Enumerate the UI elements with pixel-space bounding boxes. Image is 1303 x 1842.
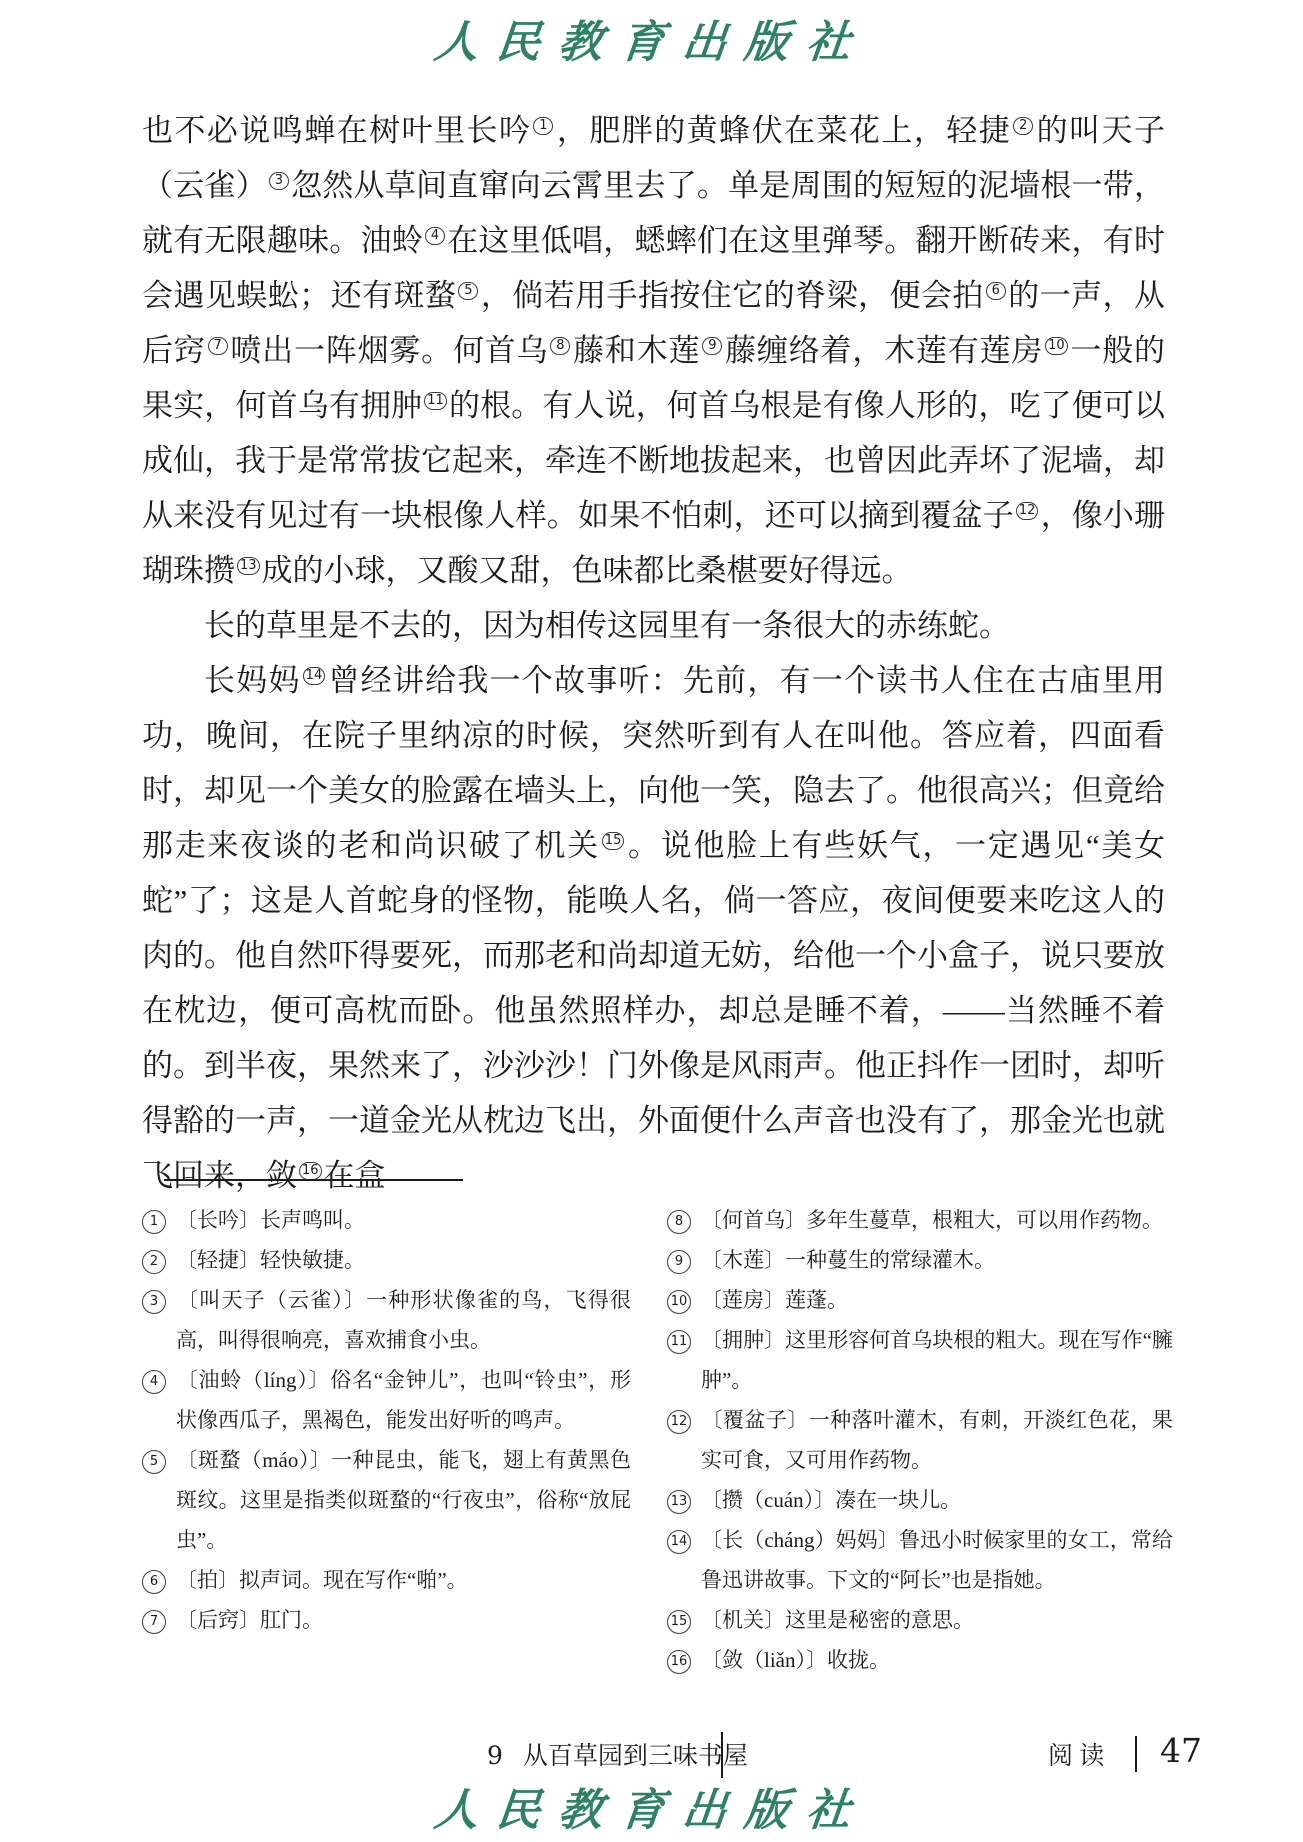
body-paragraph: 长妈妈14曾经讲给我一个故事听：先前，有一个读书人住在古庙里用功，晚间，在院子里… (142, 653, 1165, 1203)
footer-lesson: 9从百草园到三味书屋 (487, 1736, 748, 1772)
footnote-text: 〔后窍〕肛门。 (176, 1608, 323, 1632)
footnote-item: 1〔长吟〕长声鸣叫。 (142, 1200, 631, 1240)
footnote-number: 5 (142, 1450, 166, 1474)
footnote-ref: 15 (602, 832, 625, 850)
footnote-number: 2 (142, 1250, 166, 1274)
footnote-item: 6〔拍〕拟声词。现在写作“啪”。 (142, 1560, 631, 1600)
footnote-item: 4〔油蛉（líng）〕俗名“金钟儿”，也叫“铃虫”，形状像西瓜子，黑褐色，能发出… (142, 1360, 631, 1440)
footnote-text: 〔攒（cuán）〕凑在一块儿。 (701, 1488, 961, 1512)
footnote-number: 7 (142, 1610, 166, 1634)
footnote-number: 16 (667, 1650, 691, 1674)
footnote-text: 〔长（cháng）妈妈〕鲁迅小时候家里的女工，常给鲁迅讲故事。下文的“阿长”也是… (701, 1528, 1173, 1592)
lesson-title: 从百草园到三味书屋 (523, 1743, 748, 1770)
footnote-number: 15 (667, 1610, 691, 1634)
publisher-logo-top-wrap: 人民教育出版社 (0, 6, 1303, 70)
footnote-text: 〔斑蝥（máo）〕一种昆虫，能飞，翅上有黄黑色斑纹。这里是指类似斑蝥的“行夜虫”… (176, 1448, 631, 1552)
footnote-ref: 6 (986, 282, 1006, 300)
footnote-ref: 12 (1016, 502, 1039, 520)
footnote-ref: 10 (1045, 337, 1068, 355)
footnotes-right: 8〔何首乌〕多年生蔓草，根粗大，可以用作药物。9〔木莲〕一种蔓生的常绿灌木。10… (667, 1200, 1173, 1680)
footnote-number: 9 (667, 1250, 691, 1274)
footer-divider-bar (721, 1732, 723, 1778)
footnote-ref: 7 (208, 337, 228, 355)
footnote-item: 3〔叫天子（云雀）〕一种形状像雀的鸟，飞得很高，叫得很响亮，喜欢捕食小虫。 (142, 1280, 631, 1360)
footnote-ref: 14 (303, 667, 326, 685)
footnote-number: 8 (667, 1210, 691, 1234)
footnotes-left: 1〔长吟〕长声鸣叫。2〔轻捷〕轻快敏捷。3〔叫天子（云雀）〕一种形状像雀的鸟，飞… (142, 1200, 631, 1680)
page-number: 47 (1160, 1731, 1202, 1770)
footnote-ref: 4 (425, 227, 445, 245)
footnote-number: 3 (142, 1290, 166, 1314)
footnote-item: 5〔斑蝥（máo）〕一种昆虫，能飞，翅上有黄黑色斑纹。这里是指类似斑蝥的“行夜虫… (142, 1440, 631, 1560)
footnote-number: 11 (667, 1330, 691, 1354)
footnote-ref: 8 (550, 337, 570, 355)
footnote-item: 2〔轻捷〕轻快敏捷。 (142, 1240, 631, 1280)
publisher-logo: 人民教育出版社 (431, 6, 872, 70)
footnote-text: 〔拥肿〕这里形容何首乌块根的粗大。现在写作“臃肿”。 (701, 1328, 1173, 1392)
footnote-ref: 11 (424, 392, 447, 410)
footnote-ref: 16 (299, 1162, 322, 1180)
footnote-item: 13〔攒（cuán）〕凑在一块儿。 (667, 1480, 1173, 1520)
footnote-ref: 1 (533, 117, 553, 135)
footnote-ref: 2 (1013, 117, 1033, 135)
footnote-text: 〔何首乌〕多年生蔓草，根粗大，可以用作药物。 (701, 1208, 1163, 1232)
footnote-item: 15〔机关〕这里是秘密的意思。 (667, 1600, 1173, 1640)
footnote-number: 6 (142, 1570, 166, 1594)
footnote-item: 10〔莲房〕莲蓬。 (667, 1280, 1173, 1320)
footnote-number: 12 (667, 1410, 691, 1434)
footnote-text: 〔长吟〕长声鸣叫。 (176, 1208, 365, 1232)
footnote-separator-rule (164, 1179, 463, 1181)
footnotes: 1〔长吟〕长声鸣叫。2〔轻捷〕轻快敏捷。3〔叫天子（云雀）〕一种形状像雀的鸟，飞… (142, 1200, 1173, 1680)
footnote-ref: 5 (458, 282, 478, 300)
page-number-divider-bar (1135, 1736, 1137, 1772)
main-text: 也不必说鸣蝉在树叶里长吟1，肥胖的黄蜂伏在菜花上，轻捷2的叫天子（云雀）3忽然从… (142, 103, 1165, 1203)
publisher-logo-bottom-wrap: 人民教育出版社 (0, 1774, 1303, 1838)
footnote-text: 〔覆盆子〕一种落叶灌木，有刺，开淡红色花，果实可食，又可用作药物。 (701, 1408, 1173, 1472)
footnote-item: 9〔木莲〕一种蔓生的常绿灌木。 (667, 1240, 1173, 1280)
footnote-text: 〔莲房〕莲蓬。 (701, 1288, 848, 1312)
footnote-number: 10 (667, 1290, 691, 1314)
body-paragraph: 长的草里是不去的，因为相传这园里有一条很大的赤练蛇。 (142, 598, 1165, 653)
footnote-item: 12〔覆盆子〕一种落叶灌木，有刺，开淡红色花，果实可食，又可用作药物。 (667, 1400, 1173, 1480)
publisher-logo: 人民教育出版社 (431, 1774, 872, 1838)
footnote-text: 〔叫天子（云雀）〕一种形状像雀的鸟，飞得很高，叫得很响亮，喜欢捕食小虫。 (176, 1288, 631, 1352)
footnote-text: 〔拍〕拟声词。现在写作“啪”。 (176, 1568, 468, 1592)
footnote-number: 14 (667, 1530, 691, 1554)
footnote-text: 〔轻捷〕轻快敏捷。 (176, 1248, 365, 1272)
footnote-number: 4 (142, 1370, 166, 1394)
footnote-item: 14〔长（cháng）妈妈〕鲁迅小时候家里的女工，常给鲁迅讲故事。下文的“阿长”… (667, 1520, 1173, 1600)
footnote-number: 1 (142, 1210, 166, 1234)
footnote-item: 16〔敛（liǎn）〕收拢。 (667, 1640, 1173, 1680)
textbook-page: 人民教育出版社 也不必说鸣蝉在树叶里长吟1，肥胖的黄蜂伏在菜花上，轻捷2的叫天子… (0, 0, 1303, 1842)
footnote-number: 13 (667, 1490, 691, 1514)
footnote-ref: 3 (269, 172, 289, 190)
footnote-text: 〔木莲〕一种蔓生的常绿灌木。 (701, 1248, 995, 1272)
footnote-item: 11〔拥肿〕这里形容何首乌块根的粗大。现在写作“臃肿”。 (667, 1320, 1173, 1400)
section-label: 阅 读 (1048, 1736, 1104, 1772)
footnote-text: 〔敛（liǎn）〕收拢。 (701, 1648, 890, 1672)
footnote-item: 8〔何首乌〕多年生蔓草，根粗大，可以用作药物。 (667, 1200, 1173, 1240)
footnote-item: 7〔后窍〕肛门。 (142, 1600, 631, 1640)
footnote-ref: 9 (702, 337, 722, 355)
footnote-text: 〔机关〕这里是秘密的意思。 (701, 1608, 974, 1632)
footnote-text: 〔油蛉（líng）〕俗名“金钟儿”，也叫“铃虫”，形状像西瓜子，黑褐色，能发出好… (176, 1368, 631, 1432)
page-footer: 9从百草园到三味书屋 阅 读 47 (0, 1724, 1303, 1780)
body-paragraph: 也不必说鸣蝉在树叶里长吟1，肥胖的黄蜂伏在菜花上，轻捷2的叫天子（云雀）3忽然从… (142, 103, 1165, 598)
footnote-ref: 13 (237, 557, 260, 575)
lesson-number: 9 (487, 1741, 503, 1770)
